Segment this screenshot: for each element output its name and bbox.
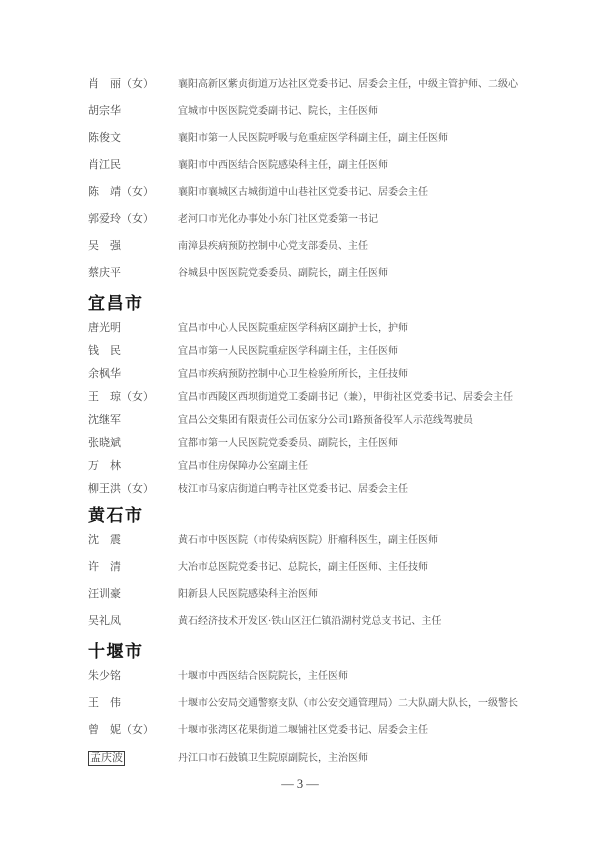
person-name: 唐光明	[88, 322, 178, 335]
city-roster: 肖 丽（女） 襄阳高新区紫贞街道万达社区党委书记、居委会主任，中级主管护师、二级…	[88, 78, 600, 280]
roster-row: 沈 震 黄石市中医医院（市传染病医院）肝瘤科医生，副主任医师	[88, 534, 600, 547]
city-roster: 朱少铭 十堰市中西医结合医院院长，主任医师 王 伟 十堰市公安局交通警察支队（市…	[88, 670, 600, 766]
person-name-text: 王 伟	[88, 697, 121, 710]
roster-row: 胡宗华 宜城市中医医院党委副书记、院长，主任医师	[88, 105, 600, 118]
person-title: 枝江市马家店街道白鸭寺社区党委书记、居委会主任	[178, 483, 524, 496]
person-name-text: 许 清	[88, 561, 121, 574]
person-name-text: 曾 妮（女）	[88, 724, 154, 737]
person-name: 沈继军	[88, 414, 178, 427]
person-title: 黄石市中医医院（市传染病医院）肝瘤科医生，副主任医师	[178, 534, 524, 547]
roster-row: 陈俊文 襄阳市第一人民医院呼吸与危重症医学科副主任，副主任医师	[88, 132, 600, 145]
roster-row: 张晓斌 宜都市第一人民医院党委委员、副院长，主任医师	[88, 437, 600, 450]
person-name: 孟庆波	[88, 751, 178, 766]
person-name-text: 肖 丽（女）	[88, 78, 154, 91]
city-section: 宜昌市 唐光明 宜昌市中心人民医院重症医学科病区副护士长，护师 钱 民 宜昌市第…	[88, 294, 600, 496]
person-name: 张晓斌	[88, 437, 178, 450]
roster-row: 唐光明 宜昌市中心人民医院重症医学科病区副护士长，护师	[88, 322, 600, 335]
person-name: 蔡庆平	[88, 267, 178, 280]
roster-row: 肖江民 襄阳市中西医结合医院感染科主任，副主任医师	[88, 159, 600, 172]
person-title: 宜昌公交集团有限责任公司伍家分公司1路预备役军人示范线驾驶员	[178, 414, 524, 427]
person-name-text: 肖江民	[88, 159, 121, 172]
person-title: 宜都市第一人民医院党委委员、副院长，主任医师	[178, 437, 524, 450]
person-title: 襄阳高新区紫贞街道万达社区党委书记、居委会主任，中级主管护师、二级心	[178, 78, 524, 91]
person-name: 沈 震	[88, 534, 178, 547]
roster-row: 余枫华 宜昌市疾病预防控制中心卫生检验所所长，主任技师	[88, 368, 600, 381]
person-title: 谷城县中医医院党委委员、副院长，副主任医师	[178, 267, 524, 280]
person-title: 阳新县人民医院感染科主治医师	[178, 588, 524, 601]
person-title: 老河口市光化办事处小东门社区党委第一书记	[178, 213, 524, 226]
person-name: 王 伟	[88, 697, 178, 710]
sections: 肖 丽（女） 襄阳高新区紫贞街道万达社区党委书记、居委会主任，中级主管护师、二级…	[88, 78, 600, 766]
roster-row: 肖 丽（女） 襄阳高新区紫贞街道万达社区党委书记、居委会主任，中级主管护师、二级…	[88, 78, 600, 91]
roster-row: 汪训豪 阳新县人民医院感染科主治医师	[88, 588, 600, 601]
person-title: 宜昌市西陵区西坝街道党工委副书记（兼），甲街社区党委书记、居委会主任	[178, 391, 524, 404]
person-name-text: 沈 震	[88, 534, 121, 547]
roster-row: 柳王洪（女） 枝江市马家店街道白鸭寺社区党委书记、居委会主任	[88, 483, 600, 496]
person-name-text: 柳王洪（女）	[88, 483, 154, 496]
roster-row: 曾 妮（女） 十堰市张湾区花果街道二堰铺社区党委书记、居委会主任	[88, 724, 600, 737]
roster-content: 肖 丽（女） 襄阳高新区紫贞街道万达社区党委书记、居委会主任，中级主管护师、二级…	[0, 0, 600, 766]
roster-row: 朱少铭 十堰市中西医结合医院院长，主任医师	[88, 670, 600, 683]
person-title: 襄阳市中西医结合医院感染科主任，副主任医师	[178, 159, 524, 172]
person-name: 吴礼凤	[88, 615, 178, 628]
person-name: 柳王洪（女）	[88, 483, 178, 496]
person-title: 宜昌市中心人民医院重症医学科病区副护士长，护师	[178, 322, 524, 335]
person-name-text: 陈 靖（女）	[88, 186, 154, 199]
roster-row: 吴 强 南漳县疾病预防控制中心党支部委员、主任	[88, 240, 600, 253]
roster-row: 陈 靖（女） 襄阳市襄城区古城街道中山巷社区党委书记、居委会主任	[88, 186, 600, 199]
person-title: 黄石经济技术开发区·铁山区汪仁镇沿湖村党总支书记、主任	[178, 615, 524, 628]
person-title: 宜昌市第一人民医院重症医学科副主任，主任医师	[178, 345, 524, 358]
person-name: 许 清	[88, 561, 178, 574]
person-title: 宜昌市疾病预防控制中心卫生检验所所长，主任技师	[178, 368, 524, 381]
person-name-text: 郭爱玲（女）	[88, 213, 154, 226]
person-name: 肖江民	[88, 159, 178, 172]
city-section: 十堰市 朱少铭 十堰市中西医结合医院院长，主任医师 王 伟 十堰市公安局交通警察…	[88, 642, 600, 766]
person-title: 十堰市公安局交通警察支队（市公安交通管理局）二大队副大队长，一级警长	[178, 697, 524, 710]
person-name-selected: 孟庆波	[88, 751, 125, 766]
person-title: 宜城市中医医院党委副书记、院长，主任医师	[178, 105, 524, 118]
page-number: — 3 —	[0, 777, 600, 792]
person-name-text: 吴 强	[88, 240, 121, 253]
roster-row: 郭爱玲（女） 老河口市光化办事处小东门社区党委第一书记	[88, 213, 600, 226]
document-page: 肖 丽（女） 襄阳高新区紫贞街道万达社区党委书记、居委会主任，中级主管护师、二级…	[0, 0, 600, 848]
person-title: 襄阳市襄城区古城街道中山巷社区党委书记、居委会主任	[178, 186, 524, 199]
person-name-text: 王 琼（女）	[88, 391, 154, 404]
person-name: 肖 丽（女）	[88, 78, 178, 91]
person-name-text: 吴礼凤	[88, 615, 121, 628]
city-roster: 唐光明 宜昌市中心人民医院重症医学科病区副护士长，护师 钱 民 宜昌市第一人民医…	[88, 322, 600, 496]
roster-row: 钱 民 宜昌市第一人民医院重症医学科副主任，主任医师	[88, 345, 600, 358]
person-name-text: 沈继军	[88, 414, 121, 427]
person-name: 王 琼（女）	[88, 391, 178, 404]
person-name-text: 张晓斌	[88, 437, 121, 450]
person-name: 余枫华	[88, 368, 178, 381]
person-title: 襄阳市第一人民医院呼吸与危重症医学科副主任，副主任医师	[178, 132, 524, 145]
person-title: 南漳县疾病预防控制中心党支部委员、主任	[178, 240, 524, 253]
roster-row: 孟庆波 丹江口市石鼓镇卫生院原副院长，主治医师	[88, 751, 600, 766]
city-section: 黄石市 沈 震 黄石市中医医院（市传染病医院）肝瘤科医生，副主任医师 许 清 大…	[88, 506, 600, 628]
city-heading: 十堰市	[88, 642, 600, 661]
person-name: 陈 靖（女）	[88, 186, 178, 199]
person-name: 朱少铭	[88, 670, 178, 683]
person-name-text: 胡宗华	[88, 105, 121, 118]
city-roster: 沈 震 黄石市中医医院（市传染病医院）肝瘤科医生，副主任医师 许 清 大冶市总医…	[88, 534, 600, 628]
city-heading: 黄石市	[88, 506, 600, 525]
roster-row: 万 林 宜昌市住房保障办公室副主任	[88, 460, 600, 473]
person-name: 汪训豪	[88, 588, 178, 601]
person-title: 十堰市张湾区花果街道二堰铺社区党委书记、居委会主任	[178, 724, 524, 737]
person-name-text: 余枫华	[88, 368, 121, 381]
person-name: 钱 民	[88, 345, 178, 358]
roster-row: 王 伟 十堰市公安局交通警察支队（市公安交通管理局）二大队副大队长，一级警长	[88, 697, 600, 710]
person-name-text: 蔡庆平	[88, 267, 121, 280]
roster-row: 许 清 大冶市总医院党委书记、总院长，副主任医师、主任技师	[88, 561, 600, 574]
person-name-text: 唐光明	[88, 322, 121, 335]
city-heading: 宜昌市	[88, 294, 600, 313]
person-name-text: 陈俊文	[88, 132, 121, 145]
roster-row: 吴礼凤 黄石经济技术开发区·铁山区汪仁镇沿湖村党总支书记、主任	[88, 615, 600, 628]
person-title: 丹江口市石鼓镇卫生院原副院长，主治医师	[178, 752, 524, 765]
roster-row: 蔡庆平 谷城县中医医院党委委员、副院长，副主任医师	[88, 267, 600, 280]
roster-row: 沈继军 宜昌公交集团有限责任公司伍家分公司1路预备役军人示范线驾驶员	[88, 414, 600, 427]
person-name: 曾 妮（女）	[88, 724, 178, 737]
city-section: 肖 丽（女） 襄阳高新区紫贞街道万达社区党委书记、居委会主任，中级主管护师、二级…	[88, 78, 600, 280]
person-name-text: 汪训豪	[88, 588, 121, 601]
person-name: 吴 强	[88, 240, 178, 253]
person-title: 十堰市中西医结合医院院长，主任医师	[178, 670, 524, 683]
person-name-text: 朱少铭	[88, 670, 121, 683]
person-name-text: 钱 民	[88, 345, 121, 358]
person-name: 万 林	[88, 460, 178, 473]
roster-row: 王 琼（女） 宜昌市西陵区西坝街道党工委副书记（兼），甲街社区党委书记、居委会主…	[88, 391, 600, 404]
person-title: 宜昌市住房保障办公室副主任	[178, 460, 524, 473]
person-name: 胡宗华	[88, 105, 178, 118]
person-name-text: 万 林	[88, 460, 121, 473]
person-title: 大冶市总医院党委书记、总院长，副主任医师、主任技师	[178, 561, 524, 574]
person-name: 郭爱玲（女）	[88, 213, 178, 226]
person-name: 陈俊文	[88, 132, 178, 145]
